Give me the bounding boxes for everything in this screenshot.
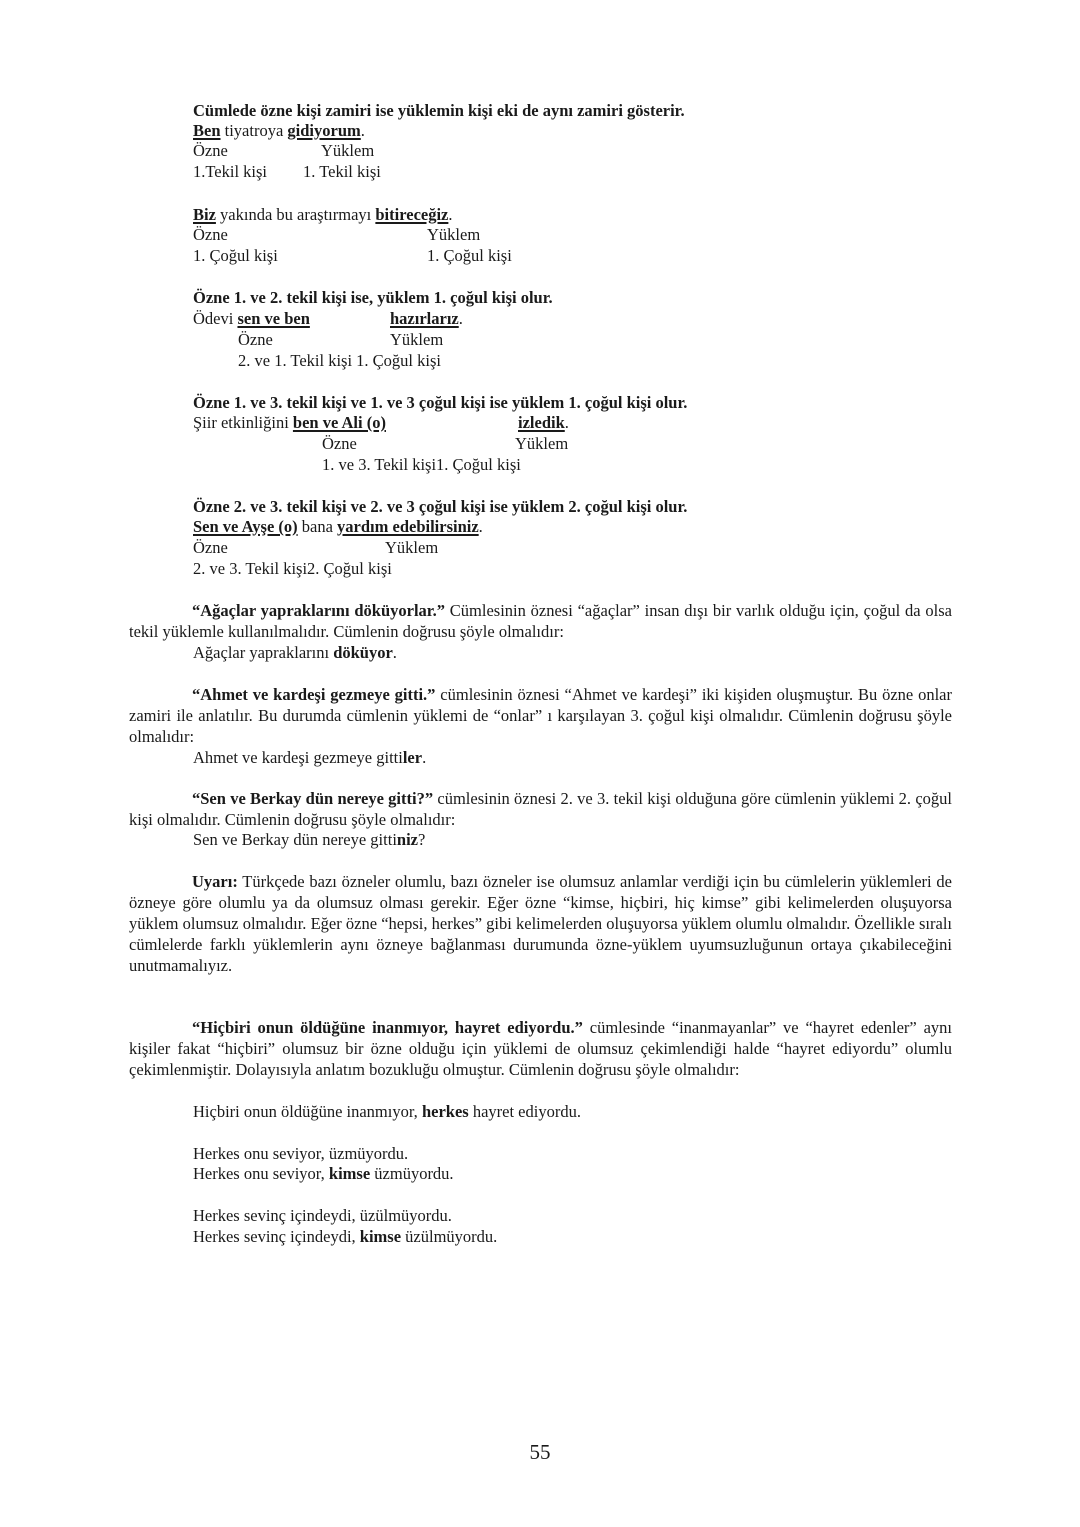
warning-paragraph: Uyarı: Türkçede bazı özneler olumlu, baz… (129, 871, 952, 976)
punctuation: ? (418, 830, 425, 849)
explanation-paragraph: “Ağaçlar yapraklarını döküyorlar.” Cümle… (129, 600, 952, 642)
correct-sentence: Ahmet ve kardeşi gezmeye gittiler. (193, 747, 426, 768)
subject: Ben (193, 121, 221, 140)
predicate: gidiyorum (287, 121, 360, 140)
punctuation: . (361, 121, 365, 140)
highlight: ler (403, 748, 422, 767)
sentence-text: Hiçbiri onun öldüğüne inanmıyor, (193, 1102, 422, 1121)
label-subject: Özne (193, 537, 228, 558)
sentence-text: yakında bu araştırmayı (216, 205, 375, 224)
sentence-text: Sen ve Berkay dün nereye gitti (193, 830, 397, 849)
rule-heading-1: Cümlede özne kişi zamiri ise yüklemin ki… (193, 100, 685, 121)
sentence-text: hayret ediyordu. (469, 1102, 581, 1121)
punctuation: . (448, 205, 452, 224)
wrong-example: Herkes onu seviyor, üzmüyordu. (193, 1143, 408, 1164)
predicate: yardım edebilirsiniz (337, 517, 479, 536)
sentence-text: Herkes onu seviyor, (193, 1164, 329, 1183)
page-number: 55 (0, 1440, 1080, 1465)
label-subject: Özne (238, 329, 273, 350)
subject: Sen ve Ayşe (o) (193, 517, 298, 536)
person-subject: 1.Tekil kişi (193, 161, 267, 182)
rule-heading-3: Özne 1. ve 3. tekil kişi ve 1. ve 3 çoğu… (193, 392, 687, 413)
subject: ben ve Ali (o) (293, 413, 386, 432)
wrong-example: Herkes sevinç içindeydi, üzülmüyordu. (193, 1205, 452, 1226)
predicate: hazırlarız (390, 309, 459, 328)
highlight: herkes (422, 1102, 469, 1121)
sentence-text: üzülmüyordu. (401, 1227, 497, 1246)
sentence-text: Şiir etkinliğini (193, 413, 293, 432)
warning-label: Uyarı: (192, 872, 238, 891)
rule-heading-4: Özne 2. ve 3. tekil kişi ve 2. ve 3 çoğu… (193, 496, 687, 517)
correct-sentence: Ağaçlar yapraklarını döküyor. (193, 642, 397, 663)
example-sentence: Ben tiyatroya gidiyorum. (193, 120, 365, 141)
example-sentence: Biz yakında bu araştırmayı bitireceğiz. (193, 204, 453, 225)
example-predicate: hazırlarız. (390, 308, 463, 329)
punctuation: . (393, 643, 397, 662)
punctuation: . (479, 517, 483, 536)
person-line: 2. ve 1. Tekil kişi 1. Çoğul kişi (238, 350, 441, 371)
explanation-paragraph: “Sen ve Berkay dün nereye gitti?” cümles… (129, 788, 952, 830)
punctuation: . (565, 413, 569, 432)
explanation-paragraph: “Hiçbiri onun öldüğüne inanmıyor, hayret… (129, 1017, 952, 1080)
label-subject: Özne (193, 140, 228, 161)
highlight: döküyor (333, 643, 393, 662)
punctuation: . (422, 748, 426, 767)
sentence-text: Ödevi (193, 309, 237, 328)
label-predicate: Yüklem (321, 140, 374, 161)
highlight: kimse (360, 1227, 401, 1246)
sentence-text: üzmüyordu. (370, 1164, 453, 1183)
right-example: Herkes sevinç içindeydi, kimse üzülmüyor… (193, 1226, 497, 1247)
sentence-text: Herkes sevinç içindeydi, (193, 1227, 360, 1246)
label-predicate: Yüklem (385, 537, 438, 558)
example-sentence: Ödevi sen ve ben (193, 308, 310, 329)
predicate: bitireceğiz (375, 205, 448, 224)
quoted-sentence: “Hiçbiri onun öldüğüne inanmıyor, hayret… (192, 1018, 583, 1037)
person-line: 1. ve 3. Tekil kişi1. Çoğul kişi (322, 454, 521, 475)
rule-heading-2: Özne 1. ve 2. tekil kişi ise, yüklem 1. … (193, 287, 553, 308)
person-predicate: 1. Tekil kişi (303, 161, 381, 182)
subject: sen ve ben (237, 309, 309, 328)
label-subject: Özne (322, 433, 357, 454)
highlight: niz (397, 830, 418, 849)
highlight: kimse (329, 1164, 370, 1183)
predicate: izledik (518, 413, 565, 432)
correct-sentence: Sen ve Berkay dün nereye gittiniz? (193, 829, 425, 850)
label-predicate: Yüklem (390, 329, 443, 350)
punctuation: . (459, 309, 463, 328)
explanation-paragraph: “Ahmet ve kardeşi gezmeye gitti.” cümles… (129, 684, 952, 747)
person-line: 2. ve 3. Tekil kişi2. Çoğul kişi (193, 558, 392, 579)
person-subject: 1. Çoğul kişi (193, 245, 278, 266)
label-predicate: Yüklem (427, 224, 480, 245)
subject: Biz (193, 205, 216, 224)
person-predicate: 1. Çoğul kişi (427, 245, 512, 266)
example-predicate: izledik. (518, 412, 569, 433)
right-example: Herkes onu seviyor, kimse üzmüyordu. (193, 1163, 454, 1184)
paragraph-text: Türkçede bazı özneler olumlu, bazı öznel… (129, 872, 952, 975)
label-predicate: Yüklem (515, 433, 568, 454)
label-subject: Özne (193, 224, 228, 245)
quoted-sentence: “Sen ve Berkay dün nereye gitti?” (192, 789, 433, 808)
correct-sentence: Hiçbiri onun öldüğüne inanmıyor, herkes … (193, 1101, 581, 1122)
sentence-text: tiyatroya (221, 121, 288, 140)
sentence-text: bana (298, 517, 337, 536)
quoted-sentence: “Ahmet ve kardeşi gezmeye gitti.” (192, 685, 435, 704)
example-sentence: Şiir etkinliğini ben ve Ali (o) (193, 412, 386, 433)
sentence-text: Ağaçlar yapraklarını (193, 643, 333, 662)
quoted-sentence: “Ağaçlar yapraklarını döküyorlar.” (192, 601, 445, 620)
example-sentence: Sen ve Ayşe (o) bana yardım edebilirsini… (193, 516, 483, 537)
sentence-text: Ahmet ve kardeşi gezmeye gitti (193, 748, 403, 767)
